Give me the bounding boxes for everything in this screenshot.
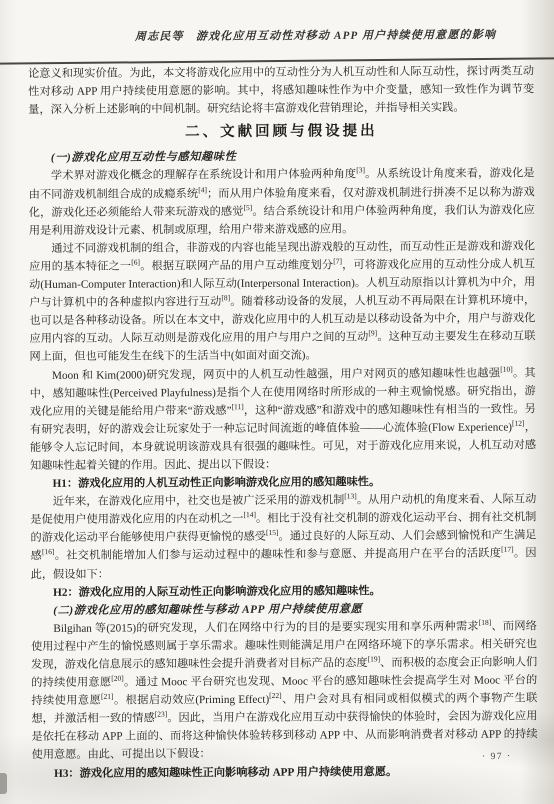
article-body: 论意义和现实价值。为此，本文将游戏化应用中的互动性分为人机互动性和人际互动性，探…	[28, 62, 538, 782]
citation-ref: [16]	[42, 548, 55, 557]
citation-ref: [9]	[368, 329, 377, 338]
paragraph-interactivity-types: 通过不同游戏机制的组合，非游戏的内容也能呈现出游戏般的互动性，而互动性正是游戏和…	[29, 237, 536, 366]
scanned-paper-page: 周志民等 游戏化应用互动性对移动 APP 用户持续使用意愿的影响 论意义和现实价…	[0, 0, 554, 804]
citation-ref: [23]	[155, 710, 168, 719]
citation-ref: [18]	[479, 618, 492, 627]
citation-ref: [8]	[221, 293, 230, 302]
running-header: 周志民等 游戏化应用互动性对移动 APP 用户持续使用意愿的影响	[95, 26, 536, 44]
citation-ref: [20]	[111, 674, 124, 683]
paragraph-intro-continuation: 论意义和现实价值。为此，本文将游戏化应用中的互动性分为人机互动性和人际互动性，探…	[28, 62, 534, 119]
citation-ref: [17]	[501, 545, 514, 554]
citation-ref: [7]	[333, 257, 342, 266]
citation-ref: [11]	[232, 402, 244, 411]
citation-ref: [12]	[512, 418, 525, 427]
scan-smudge	[0, 773, 7, 794]
paragraph-gamification-definition: 学术界对游戏化概念的理解存在系统设计和用户体验两种角度[3]。从系统设计角度来看…	[29, 165, 535, 240]
citation-ref: [15]	[266, 528, 279, 537]
paragraph-social-mechanism: 近年来，在游戏化应用中，社交也是被广泛采用的游戏机制[13]。从用户动机的角度来…	[30, 491, 536, 584]
paragraph-continuance-intention: Bilgihan 等(2015)的研究发现，人们在网络中行为的目的是要实现实用和…	[31, 617, 538, 764]
citation-ref: [3]	[356, 166, 365, 175]
hypothesis-h3: H3：游戏化应用的感知趣味性正向影响移动 APP 用户持续使用意愿。	[32, 762, 538, 783]
citation-ref: [14]	[243, 510, 256, 519]
section-heading: 二、文献回顾与假设提出	[28, 122, 534, 143]
citation-ref: [10]	[500, 364, 513, 373]
citation-ref: [19]	[368, 654, 381, 663]
paragraph-perceived-playfulness: Moon 和 Kim(2000)研究发现，网页中的人机互动性越强，用户对网页的感…	[30, 364, 537, 475]
page-number: · 97 ·	[482, 752, 512, 763]
citation-ref: [6]	[131, 258, 140, 267]
citation-ref: [5]	[243, 203, 252, 212]
citation-ref: [21]	[101, 692, 114, 701]
citation-ref: [13]	[344, 492, 357, 501]
citation-ref: [22]	[269, 691, 282, 700]
citation-ref: [4]	[198, 185, 207, 194]
